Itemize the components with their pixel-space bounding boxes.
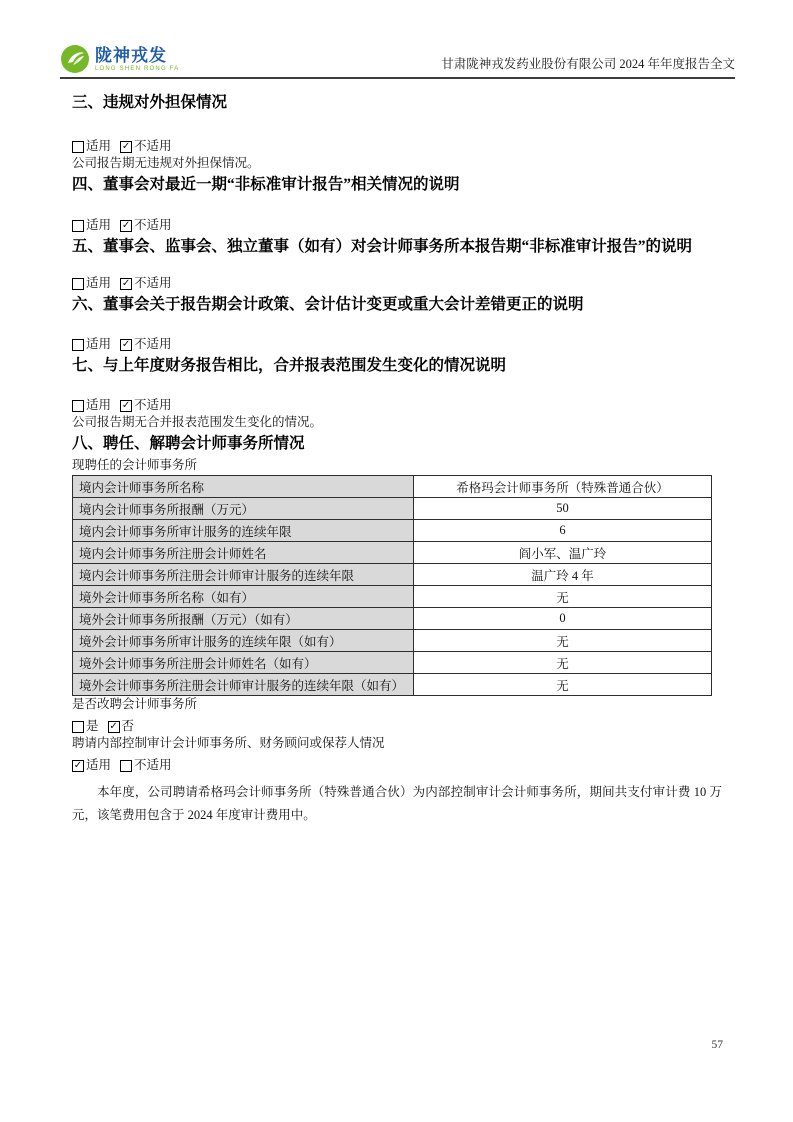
applicability-line-s5: 适用 ✓ 不适用 bbox=[72, 275, 722, 292]
change-firm-options: 是 ✓ 否 bbox=[72, 718, 722, 735]
applicability-line-s4: 适用 ✓ 不适用 bbox=[72, 217, 722, 234]
table-row-value-cell: 无 bbox=[414, 586, 712, 608]
section-heading-5: 五、董事会、监事会、独立董事（如有）对会计师事务所本报告期“非标准审计报告”的说… bbox=[72, 234, 722, 260]
checkbox-icon bbox=[72, 141, 84, 153]
accounting-firm-table: 境内会计师事务所名称 希格玛会计师事务所（特殊普通合伙） 境内会计师事务所报酬（… bbox=[72, 475, 712, 696]
table-row-label-cell: 境内会计师事务所名称 bbox=[73, 476, 414, 498]
checkbox-icon: ✓ bbox=[120, 220, 132, 232]
checkbox-option-not-applicable: ✓ 不适用 bbox=[120, 397, 172, 414]
table-row-value-cell: 阎小军、温广玲 bbox=[414, 542, 712, 564]
checkbox-label: 适用 bbox=[86, 397, 111, 414]
checkbox-label: 是 bbox=[86, 718, 99, 735]
table-row-value-cell: 0 bbox=[414, 608, 712, 630]
applicability-line-s3: 适用 ✓ 不适用 bbox=[72, 138, 722, 155]
table-row-label-cell: 境内会计师事务所报酬（万元） bbox=[73, 498, 414, 520]
table-row-value-cell: 无 bbox=[414, 630, 712, 652]
table-row: 境外会计师事务所注册会计师审计服务的连续年限（如有） 无 bbox=[73, 674, 712, 696]
checkbox-option-applicable: 适用 bbox=[72, 275, 111, 292]
applicability-line-s6: 适用 ✓ 不适用 bbox=[72, 336, 722, 353]
table-row-label-cell: 境外会计师事务所注册会计师姓名（如有） bbox=[73, 652, 414, 674]
checkbox-label: 不适用 bbox=[134, 217, 172, 234]
document-body: 三、违规对外担保情况 适用 ✓ 不适用 公司报告期无违规对外担保情况。 四、董事… bbox=[72, 90, 722, 827]
checkbox-label: 不适用 bbox=[134, 275, 172, 292]
table-row: 境内会计师事务所名称 希格玛会计师事务所（特殊普通合伙） bbox=[73, 476, 712, 498]
checkbox-label: 不适用 bbox=[134, 757, 172, 774]
checkbox-label: 不适用 bbox=[134, 397, 172, 414]
table-row: 境外会计师事务所名称（如有） 无 bbox=[73, 586, 712, 608]
checkbox-option-not-applicable: 不适用 bbox=[120, 757, 172, 774]
checkbox-icon: ✓ bbox=[108, 721, 120, 733]
page-number: 57 bbox=[712, 1039, 724, 1051]
checkbox-option-applicable: 适用 bbox=[72, 217, 111, 234]
section-heading-4: 四、董事会对最近一期“非标准审计报告”相关情况的说明 bbox=[72, 172, 722, 198]
table-row-value-cell: 50 bbox=[414, 498, 712, 520]
checkbox-label: 不适用 bbox=[134, 138, 172, 155]
table-row: 境内会计师事务所注册会计师姓名 阎小军、温广玲 bbox=[73, 542, 712, 564]
checkbox-option-applicable: 适用 bbox=[72, 138, 111, 155]
section-note-s3: 公司报告期无违规对外担保情况。 bbox=[72, 155, 722, 172]
checkbox-icon bbox=[120, 760, 132, 772]
checkbox-option-not-applicable: ✓ 不适用 bbox=[120, 336, 172, 353]
table-row: 境内会计师事务所注册会计师审计服务的连续年限 温广玲 4 年 bbox=[73, 564, 712, 586]
checkbox-option-no: ✓ 否 bbox=[108, 718, 135, 735]
table-row-label-cell: 境内会计师事务所注册会计师姓名 bbox=[73, 542, 414, 564]
checkbox-label: 适用 bbox=[86, 336, 111, 353]
checkbox-icon: ✓ bbox=[120, 278, 132, 290]
internal-control-paragraph: 本年度，公司聘请希格玛会计师事务所（特殊普通合伙）为内部控制审计会计师事务所，期… bbox=[72, 781, 722, 827]
report-page: 陇神戎发 LONG SHEN RONG FA 甘肃陇神戎发药业股份有限公司 20… bbox=[0, 0, 793, 1122]
checkbox-icon bbox=[72, 721, 84, 733]
table-row-label-cell: 境内会计师事务所审计服务的连续年限 bbox=[73, 520, 414, 542]
report-title: 甘肃陇神戎发药业股份有限公司 2024 年年度报告全文 bbox=[441, 54, 735, 74]
header-divider bbox=[60, 77, 735, 79]
checkbox-icon: ✓ bbox=[120, 339, 132, 351]
checkbox-icon bbox=[72, 278, 84, 290]
checkbox-icon: ✓ bbox=[72, 760, 84, 772]
checkbox-icon bbox=[72, 339, 84, 351]
checkbox-label: 适用 bbox=[86, 275, 111, 292]
section-heading-6: 六、董事会关于报告期会计政策、会计估计变更或重大会计差错更正的说明 bbox=[72, 292, 722, 318]
table-row: 境外会计师事务所审计服务的连续年限（如有） 无 bbox=[73, 630, 712, 652]
table-row-label-cell: 境外会计师事务所名称（如有） bbox=[73, 586, 414, 608]
change-firm-question: 是否改聘会计师事务所 bbox=[72, 696, 722, 713]
checkbox-option-applicable: ✓ 适用 bbox=[72, 757, 111, 774]
checkbox-option-applicable: 适用 bbox=[72, 397, 111, 414]
table-row-value-cell: 6 bbox=[414, 520, 712, 542]
table-row-label-cell: 境外会计师事务所审计服务的连续年限（如有） bbox=[73, 630, 414, 652]
logo-icon bbox=[60, 44, 90, 74]
table-row: 境内会计师事务所审计服务的连续年限 6 bbox=[73, 520, 712, 542]
table-row-value-cell: 无 bbox=[414, 652, 712, 674]
section-heading-8: 八、聘任、解聘会计师事务所情况 bbox=[72, 431, 722, 457]
table-row: 境外会计师事务所注册会计师姓名（如有） 无 bbox=[73, 652, 712, 674]
current-firm-label: 现聘任的会计师事务所 bbox=[72, 457, 722, 474]
logo-brand-en: LONG SHEN RONG FA bbox=[95, 66, 179, 72]
checkbox-option-yes: 是 bbox=[72, 718, 99, 735]
checkbox-option-applicable: 适用 bbox=[72, 336, 111, 353]
checkbox-option-not-applicable: ✓ 不适用 bbox=[120, 217, 172, 234]
table-row-value-cell: 希格玛会计师事务所（特殊普通合伙） bbox=[414, 476, 712, 498]
table-row-value-cell: 无 bbox=[414, 674, 712, 696]
logo-brand-cn: 陇神戎发 bbox=[95, 47, 179, 64]
checkbox-label: 不适用 bbox=[134, 336, 172, 353]
section-heading-7: 七、与上年度财务报告相比，合并报表范围发生变化的情况说明 bbox=[72, 353, 722, 379]
checkbox-label: 适用 bbox=[86, 138, 111, 155]
checkbox-label: 否 bbox=[122, 718, 135, 735]
table-row: 境外会计师事务所报酬（万元）（如有） 0 bbox=[73, 608, 712, 630]
applicability-line-s7: 适用 ✓ 不适用 bbox=[72, 397, 722, 414]
checkbox-label: 适用 bbox=[86, 757, 111, 774]
checkbox-icon bbox=[72, 220, 84, 232]
internal-control-label: 聘请内部控制审计会计师事务所、财务顾问或保荐人情况 bbox=[72, 735, 722, 752]
checkbox-icon bbox=[72, 400, 84, 412]
checkbox-label: 适用 bbox=[86, 217, 111, 234]
table-row: 境内会计师事务所报酬（万元） 50 bbox=[73, 498, 712, 520]
section-heading-3: 三、违规对外担保情况 bbox=[72, 90, 722, 116]
checkbox-option-not-applicable: ✓ 不适用 bbox=[120, 275, 172, 292]
checkbox-icon: ✓ bbox=[120, 141, 132, 153]
checkbox-option-not-applicable: ✓ 不适用 bbox=[120, 138, 172, 155]
company-logo: 陇神戎发 LONG SHEN RONG FA bbox=[60, 44, 179, 74]
internal-control-options: ✓ 适用 不适用 bbox=[72, 757, 722, 774]
section-note-s7: 公司报告期无合并报表范围发生变化的情况。 bbox=[72, 414, 722, 431]
checkbox-icon: ✓ bbox=[120, 400, 132, 412]
table-row-label-cell: 境内会计师事务所注册会计师审计服务的连续年限 bbox=[73, 564, 414, 586]
table-row-label-cell: 境外会计师事务所报酬（万元）（如有） bbox=[73, 608, 414, 630]
table-row-value-cell: 温广玲 4 年 bbox=[414, 564, 712, 586]
page-header: 陇神戎发 LONG SHEN RONG FA 甘肃陇神戎发药业股份有限公司 20… bbox=[60, 44, 735, 79]
table-row-label-cell: 境外会计师事务所注册会计师审计服务的连续年限（如有） bbox=[73, 674, 414, 696]
